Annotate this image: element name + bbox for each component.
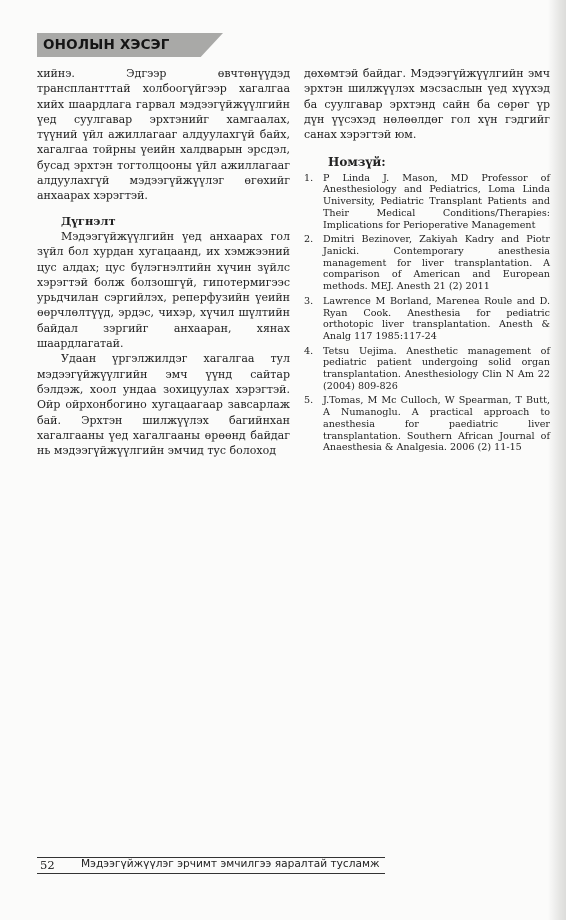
page-footer: 52 Мэдээгүйжүүлэг эрчимт эмчилгээ яаралт…	[37, 857, 385, 874]
body-paragraph: хийнэ. Эдгээр өвчтөнүүдэд трансплантттай…	[37, 66, 290, 204]
journal-title: Мэдээгүйжүүлэг эрчимт эмчилгээ яаралтай …	[81, 858, 380, 870]
body-paragraph: дөхөмтэй байдаг. Мэдээгүйжүүлгийн эмч эр…	[304, 66, 550, 142]
page-number: 52	[40, 858, 55, 872]
right-column: дөхөмтэй байдаг. Мэдээгүйжүүлгийн эмч эр…	[304, 66, 550, 457]
left-column: хийнэ. Эдгээр өвчтөнүүдэд трансплантттай…	[37, 66, 290, 458]
reference-item: 3.Lawrence M Borland, Marenea Roule and …	[304, 296, 550, 343]
reference-number: 3.	[304, 296, 313, 308]
reference-item: 4.Tetsu Uejima. Anesthetic management of…	[304, 346, 550, 393]
conclusion-heading: Дүгнэлт	[61, 214, 290, 229]
reference-item: 5.J.Tomas, M Mc Culloch, W Spearman, T B…	[304, 395, 550, 454]
reference-text: J.Tomas, M Mc Culloch, W Spearman, T But…	[323, 395, 550, 453]
section-banner: ОНОЛЫН ХЭСЭГ	[37, 33, 223, 57]
references-heading: Номзүй:	[328, 155, 550, 170]
reference-number: 2.	[304, 234, 313, 246]
reference-text: Dmitri Bezinover, Zakiyah Kadry and Piot…	[323, 234, 550, 292]
section-title: ОНОЛЫН ХЭСЭГ	[43, 37, 170, 53]
page-binding-shadow	[548, 0, 566, 920]
references-list: 1.P Linda J. Mason, MD Professor of Anes…	[304, 173, 550, 454]
body-paragraph: Удаан үргэлжилдэг хагалгаа тул мэдээгүйж…	[37, 351, 290, 458]
reference-number: 5.	[304, 395, 313, 407]
reference-text: Tetsu Uejima. Anesthetic management of p…	[323, 346, 550, 392]
body-paragraph: Мэдээгүйжүүлгийн үед анхаарах гол зүйл б…	[37, 229, 290, 351]
reference-number: 1.	[304, 173, 313, 185]
reference-item: 1.P Linda J. Mason, MD Professor of Anes…	[304, 173, 550, 232]
reference-text: P Linda J. Mason, MD Professor of Anesth…	[323, 173, 550, 231]
reference-text: Lawrence M Borland, Marenea Roule and D.…	[323, 296, 550, 342]
reference-number: 4.	[304, 346, 313, 358]
reference-item: 2.Dmitri Bezinover, Zakiyah Kadry and Pi…	[304, 234, 550, 293]
